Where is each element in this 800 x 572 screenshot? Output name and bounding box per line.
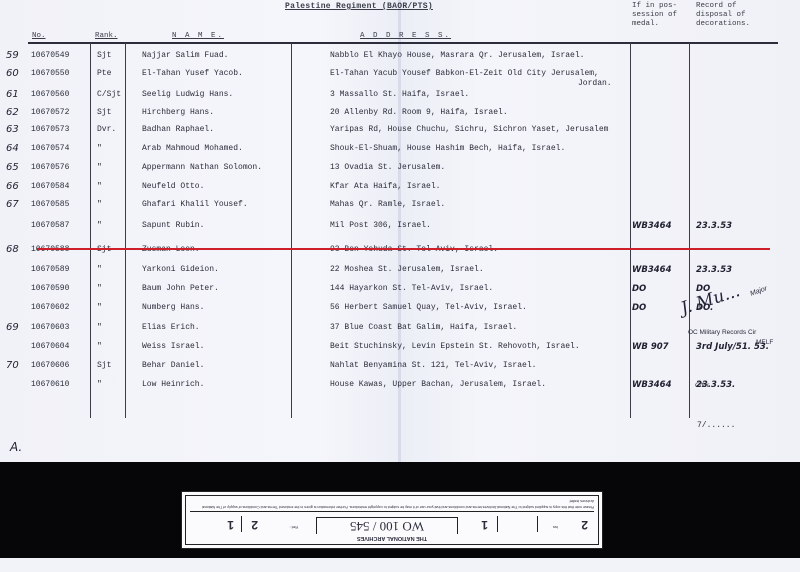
footer-mark: A. — [10, 440, 22, 454]
ticket-num-b: 1 — [227, 518, 234, 532]
header-no: No. — [32, 32, 46, 40]
address: 56 Herbert Samuel Quay, Tel-Aviv, Israel… — [330, 300, 527, 316]
address: Yaripas Rd, House Chuchu, Sichru, Sichro… — [330, 122, 608, 138]
service-number: 10670588 — [31, 242, 69, 258]
rank: " — [97, 262, 102, 278]
header-disposal: Record of disposal of decorations. — [696, 2, 776, 29]
table-row: 5910670549SjtNajjar Salim Fuad.Nabblo El… — [0, 48, 800, 64]
rank: Sjt — [97, 242, 111, 258]
table-row: 10670587"Sapunt Rubin.Mil Post 306, Isra… — [0, 218, 800, 234]
archive-institution: THE NATIONAL ARCHIVES — [186, 535, 598, 541]
table-row: 10670589"Yarkoni Gideion.22 Moshea St. J… — [0, 262, 800, 278]
rank: Pte — [97, 66, 111, 82]
iss-label: Iss — [553, 525, 558, 530]
header-name: N A M E. — [172, 32, 224, 40]
page-mark: 66 — [6, 179, 19, 195]
rank: " — [97, 141, 102, 157]
rank: " — [97, 179, 102, 195]
red-underline — [37, 248, 770, 250]
service-number: 10670589 — [31, 262, 69, 278]
service-number: 10670572 — [31, 105, 69, 121]
medal-ref: WB3464 — [632, 218, 672, 234]
stamp-line1: OC Military Records Cir — [688, 329, 756, 336]
table-row: 6310670573Dvr.Badhan Raphael.Yaripas Rd,… — [0, 122, 800, 138]
disposal-record: 23.3.53 — [696, 218, 732, 234]
header-rule — [28, 42, 778, 44]
soldier-name: Seelig Ludwig Hans. — [142, 87, 233, 103]
table-row: 6510670576"Appermann Nathan Solomon.13 O… — [0, 160, 800, 176]
address: 37 Blue Coast Bat Galim, Haifa, Israel. — [330, 320, 517, 336]
page-bottom — [0, 558, 800, 572]
medal-ref: WB3464 — [632, 262, 672, 278]
page-mark: 64 — [6, 141, 19, 157]
soldier-name: Yarkoni Gideion. — [142, 262, 219, 278]
page-mark: 63 — [6, 122, 19, 138]
service-number: 10670574 — [31, 141, 69, 157]
soldier-name: Najjar Salim Fuad. — [142, 48, 228, 64]
soldier-name: Elias Erich. — [142, 320, 200, 336]
service-number: 10670603 — [31, 320, 69, 336]
rank: Sjt — [97, 358, 111, 374]
header-address: A D D R E S S. — [360, 32, 451, 40]
service-number: 10670587 — [31, 218, 69, 234]
page-mark: 59 — [6, 48, 19, 64]
page-mark: 65 — [6, 160, 19, 176]
table-row: 6910670603"Elias Erich.37 Blue Coast Bat… — [0, 320, 800, 336]
soldier-name: Baum John Peter. — [142, 281, 219, 297]
stamp-line2: MELF — [756, 339, 773, 346]
soldier-name: Hirchberg Hans. — [142, 105, 214, 121]
rank: C/Sjt — [97, 87, 121, 103]
rank: Sjt — [97, 105, 111, 121]
page-mark: 61 — [6, 87, 19, 103]
address: 13 Ovadia St. Jerusalem. — [330, 160, 445, 176]
ticket-num-a: 2 — [251, 518, 258, 532]
continuation: 7/...... — [0, 418, 800, 434]
page-mark: 60 — [6, 66, 19, 82]
address: El-Tahan Yacub Yousef Babkon-El-Zeit Old… — [330, 66, 599, 82]
rank: Sjt — [97, 48, 111, 64]
service-number: 10670585 — [31, 197, 69, 213]
address: Nabblo El Khayo House, Masrara Qr. Jerus… — [330, 48, 584, 64]
disposal-record: 23.3.53 — [696, 262, 732, 278]
table-row: 7010670606SjtBehar Daniel.Nahlat Benyami… — [0, 358, 800, 374]
address: Beit Stuchinsky, Levin Epstein St. Rehov… — [330, 339, 580, 355]
archive-notice: Please note that this copy is supplied s… — [190, 498, 594, 512]
soldier-name: Arab Mahmoud Mohamed. — [142, 141, 243, 157]
archive-reference: WO 100 / 545 — [316, 517, 458, 534]
service-number: 10670560 — [31, 87, 69, 103]
soldier-name: Zusman Leon. — [142, 242, 200, 258]
table-row: 10670590"Baum John Peter.144 Hayarkon St… — [0, 281, 800, 297]
service-number: 10670573 — [31, 122, 69, 138]
address: 22 Moshea St. Jerusalem, Israel. — [330, 262, 484, 278]
rank: " — [97, 339, 102, 355]
rank: " — [97, 281, 102, 297]
service-number: 10670549 — [31, 48, 69, 64]
page-mark: 69 — [6, 320, 19, 336]
address: 144 Hayarkon St. Tel-Aviv, Israel. — [330, 281, 493, 297]
address: House Kawas, Upper Bachan, Jerusalem, Is… — [330, 377, 546, 393]
rank: " — [97, 300, 102, 316]
document-page: Palestine Regiment (BAOR/PTS) No. Rank. … — [0, 0, 800, 462]
soldier-name: El-Tahan Yusef Yacob. — [142, 66, 243, 82]
rank: " — [97, 197, 102, 213]
address: Nahlat Benyamina St. 121, Tel-Aviv, Isra… — [330, 358, 536, 374]
service-number: 10670610 — [31, 377, 69, 393]
table-row: 6410670574"Arab Mahmoud Mohamed.Shouk-El… — [0, 141, 800, 157]
service-number: 10670602 — [31, 300, 69, 316]
medal-ref: WB3464 — [632, 377, 672, 393]
table-row: 6210670572SjtHirchberg Hans.20 Allenby R… — [0, 105, 800, 121]
service-number: 10670590 — [31, 281, 69, 297]
soldier-name: Numberg Hans. — [142, 300, 204, 316]
address: Mahas Qr. Ramle, Israel. — [330, 197, 445, 213]
soldier-name: Weiss Israel. — [142, 339, 204, 355]
page-mark: 68 — [6, 242, 19, 258]
archive-ticket: THE NATIONAL ARCHIVES WO 100 / 545 Ref.:… — [181, 491, 603, 549]
rank: " — [97, 160, 102, 176]
document-title: Palestine Regiment (BAOR/PTS) — [285, 2, 433, 11]
page-mark: 62 — [6, 105, 19, 121]
ref-label: Ref.: — [290, 525, 298, 530]
table-row: 10670604"Weiss Israel.Beit Stuchinsky, L… — [0, 339, 800, 355]
rank: " — [97, 218, 102, 234]
soldier-name: Low Heinrich. — [142, 377, 204, 393]
table-row: 6810670588SjtZusman Leon.93 Ben Yehuda S… — [0, 242, 800, 258]
soldier-name: Badhan Raphael. — [142, 122, 214, 138]
medal-ref: DO — [632, 300, 646, 316]
address: 20 Allenby Rd. Room 9, Haifa, Israel. — [330, 105, 508, 121]
rank: " — [97, 320, 102, 336]
service-number: 10670584 — [31, 179, 69, 195]
table-row: 6110670560C/SjtSeelig Ludwig Hans.3 Mass… — [0, 87, 800, 103]
header-rank: Rank. — [95, 32, 118, 40]
ticket-num-d: 2 — [581, 518, 588, 532]
address: Shouk-El-Shuam, House Hashim Bech, Haifa… — [330, 141, 565, 157]
soldier-name: Neufeld Otto. — [142, 179, 204, 195]
rank: " — [97, 377, 102, 393]
service-number: 10670576 — [31, 160, 69, 176]
address: 3 Massallo St. Haifa, Israel. — [330, 87, 469, 103]
c-for-note: C/for — [695, 382, 709, 389]
soldier-name: Sapunt Rubin. — [142, 218, 204, 234]
soldier-name: Appermann Nathan Solomon. — [142, 160, 262, 176]
service-number: 10670550 — [31, 66, 69, 82]
page-mark: 67 — [6, 197, 19, 213]
soldier-name: Behar Daniel. — [142, 358, 204, 374]
soldier-name: Ghafari Khalil Yousef. — [142, 197, 248, 213]
table-row: 10670610"Low Heinrich.House Kawas, Upper… — [0, 377, 800, 393]
address: Kfar Ata Haifa, Israel. — [330, 179, 440, 195]
header-medal: If in pos- session of medal. — [632, 2, 692, 29]
table-row: 6710670585"Ghafari Khalil Yousef.Mahas Q… — [0, 197, 800, 213]
table-row: 6010670550PteEl-Tahan Yusef Yacob.El-Tah… — [0, 66, 800, 82]
medal-ref: WB 907 — [632, 339, 669, 355]
page-mark: 70 — [6, 358, 19, 374]
medal-ref: DO — [632, 281, 646, 297]
table-row: 6610670584"Neufeld Otto.Kfar Ata Haifa, … — [0, 179, 800, 195]
service-number: 10670606 — [31, 358, 69, 374]
service-number: 10670604 — [31, 339, 69, 355]
address: Mil Post 306, Israel. — [330, 218, 431, 234]
rank: Dvr. — [97, 122, 116, 138]
address: 93 Ben Yehuda St. Tel-Aviv, Israel. — [330, 242, 498, 258]
ticket-num-c: 1 — [481, 518, 488, 532]
